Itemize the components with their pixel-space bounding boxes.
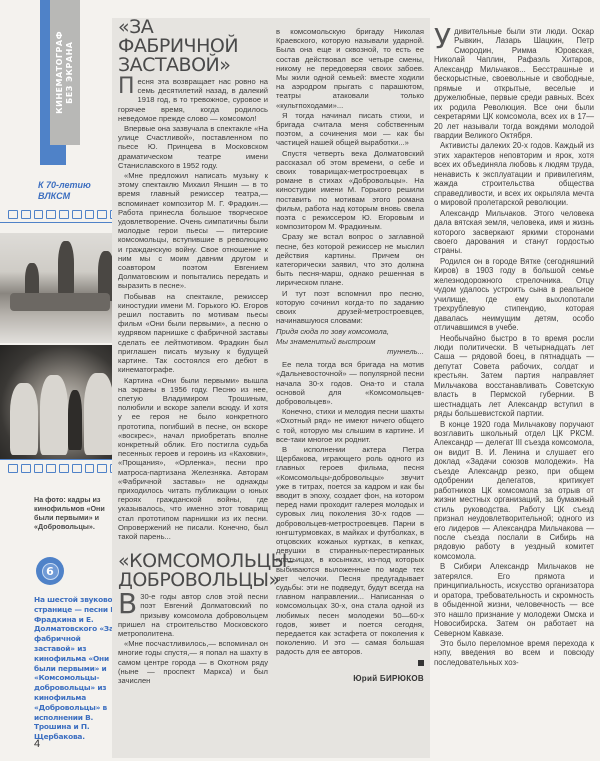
end-of-article-mark: [418, 660, 424, 666]
paragraph: И тут поэт вспомнил про песню, которую с…: [276, 289, 424, 326]
paragraph: В конце 1920 года Мильчакову поручают во…: [434, 420, 594, 562]
paragraph: Родился он в городе Вятке (сегодняшний К…: [434, 257, 594, 333]
paragraph: Ее пела тогда вся бригада на мотив «Даль…: [276, 360, 424, 406]
article-column-3: Удивительные были эти люди. Оскар Рывкин…: [434, 27, 594, 668]
paragraph: Впервые она зазвучала в спектакле «На ул…: [118, 124, 268, 170]
paragraph: Александр Мильчаков. Этого человека дала…: [434, 209, 594, 256]
magazine-page: КИНЕМАТОГРАФБЕЗ ЭКРАНА К 70-летию ВЛКСМ …: [0, 0, 600, 761]
paragraph: есня эта возвращает нас ровно на семь де…: [118, 77, 268, 123]
headline-fabrichnoy-zastavoy: «ЗА ФАБРИЧНОЙ ЗАСТАВОЙ»: [118, 18, 268, 75]
rubric-title: КИНЕМАТОГРАФБЕЗ ЭКРАНА: [50, 0, 80, 145]
disc-number: 6: [42, 563, 59, 580]
paragraph: Я тогда начинал писать стихи, и бригада …: [276, 111, 424, 148]
divider: [0, 459, 120, 460]
verse-line: Придя сюда по зову комсомола,: [276, 327, 424, 336]
filmstrip-icon: [8, 461, 120, 475]
paragraph: в комсомольскую бригаду Николая Краевско…: [276, 27, 424, 110]
verse-line: туннель...: [276, 347, 424, 356]
paragraph: Картина «Они были первыми» вышла на экра…: [118, 376, 268, 542]
photo-caption: На фото: кадры из кинофильмов «Они были …: [34, 495, 120, 531]
sound-page-disc-icon: 6: [36, 557, 64, 585]
paragraph: Активисты далеких 20-х годов. Каждый из …: [434, 141, 594, 207]
dropcap: В: [118, 593, 137, 615]
paragraph: «Мне посчастливилось,— вспоминал он мног…: [118, 639, 268, 685]
paragraph: В исполнении актера Петра Щербакова, игр…: [276, 445, 424, 657]
film-still-photo-2: [0, 345, 118, 459]
film-still-photo-1: [0, 233, 118, 343]
rubric-title-line2: БЕЗ ЭКРАНА: [65, 41, 74, 103]
anniversary-label: К 70-летию ВЛКСМ: [38, 180, 118, 202]
rubric-title-line1: КИНЕМАТОГРАФ: [55, 31, 64, 114]
paragraph: 30-е годы автор слов этой песни поэт Евг…: [118, 592, 268, 638]
paragraph: Это было переломное время перехода к нэп…: [434, 639, 594, 667]
paragraph: Конечно, стихи и мелодия песни шахты «Ох…: [276, 407, 424, 444]
headline-komsomoltsy-dobrovoltsy: «КОМСОМОЛЬЦЫ-ДОБРОВОЛЬЦЫ»: [118, 552, 268, 590]
article-column-1: «ЗА ФАБРИЧНОЙ ЗАСТАВОЙ» Песня эта возвра…: [118, 18, 268, 686]
article-column-2: в комсомольскую бригаду Николая Краевско…: [276, 27, 424, 683]
page-number: 4: [34, 738, 40, 750]
paragraph: Необычайно быстро в то время росли люди …: [434, 334, 594, 419]
sound-page-note: На шестой звуковой странице — песни М. Ф…: [34, 595, 120, 742]
verse-line: Мы знаменитый выстроим: [276, 337, 424, 346]
paragraph: Побывав на спектакле, режиссер киностуди…: [118, 292, 268, 375]
paragraph: Спустя четверть века Долматовский расска…: [276, 149, 424, 232]
dropcap: П: [118, 78, 135, 96]
paragraph: дивительные были эти люди. Оскар Рывкин,…: [434, 27, 594, 140]
paragraph: В Сибири Александр Мильчаков не затерялс…: [434, 562, 594, 638]
paragraph: «Мне предложил написать музыку к этому с…: [118, 171, 268, 291]
paragraph: Сразу же встал вопрос о заглавной песне,…: [276, 232, 424, 287]
author-byline: Юрий БИРЮКОВ: [276, 674, 424, 683]
dropcap: У: [434, 28, 451, 50]
divider: [0, 222, 120, 223]
filmstrip-icon: [8, 207, 120, 221]
